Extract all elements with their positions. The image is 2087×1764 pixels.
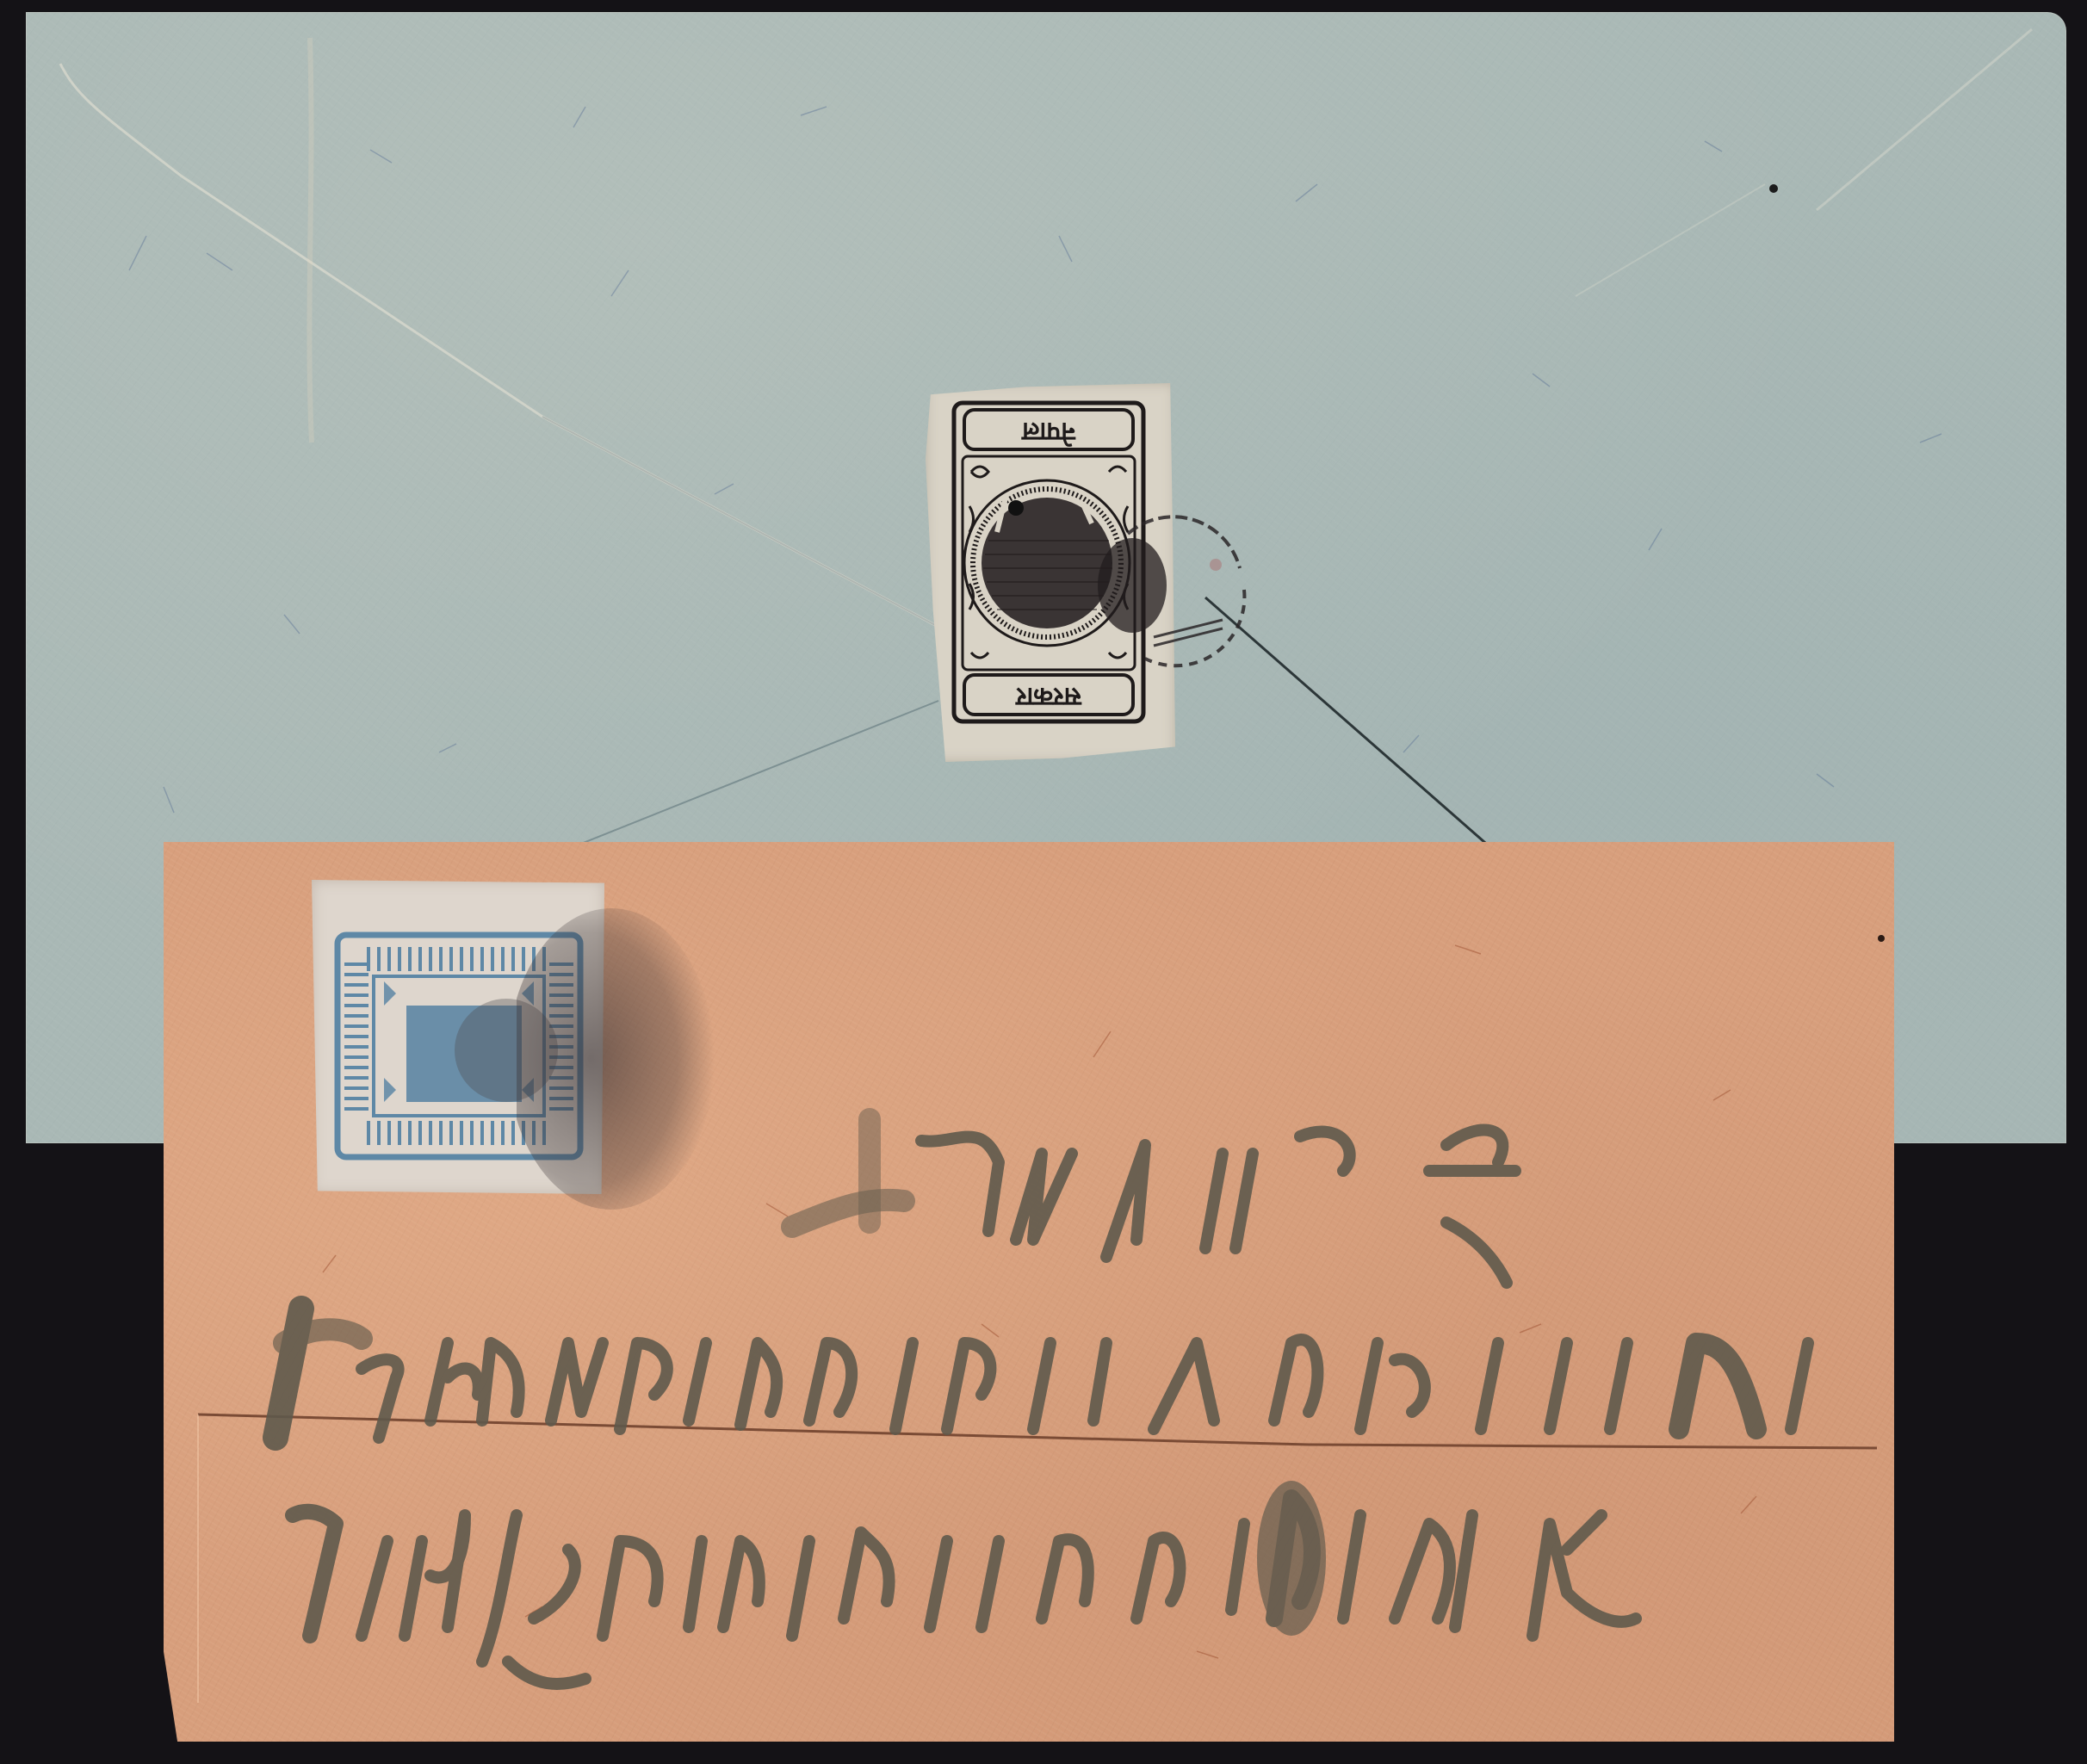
photo-scene: Blue-grey envelope (reverse side): [0, 0, 2087, 1764]
black-stamp-bottom-text: सरकार: [1014, 682, 1081, 712]
black-stamp-top-text: नेपाल: [1020, 417, 1075, 448]
postmark-circle: [1093, 508, 1266, 672]
postmark-smudge: [517, 895, 732, 1222]
